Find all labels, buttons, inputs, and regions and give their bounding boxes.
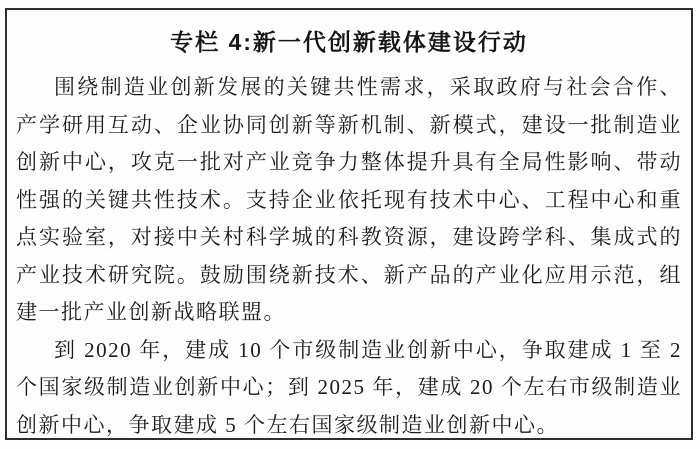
box-paragraph-2: 到 2020 年，建成 10 个市级制造业创新中心，争取建成 1 至 2 个国家… [16, 332, 682, 445]
document-page: 专栏 4:新一代创新载体建设行动 围绕制造业创新发展的关键共性需求，采取政府与社… [0, 0, 700, 449]
box-paragraph-1: 围绕制造业创新发展的关键共性需求，采取政府与社会合作、产学研用互动、企业协同创新… [16, 69, 682, 332]
box-title: 专栏 4:新一代创新载体建设行动 [16, 28, 682, 56]
special-column-box: 专栏 4:新一代创新载体建设行动 围绕制造业创新发展的关键共性需求，采取政府与社… [5, 8, 693, 440]
